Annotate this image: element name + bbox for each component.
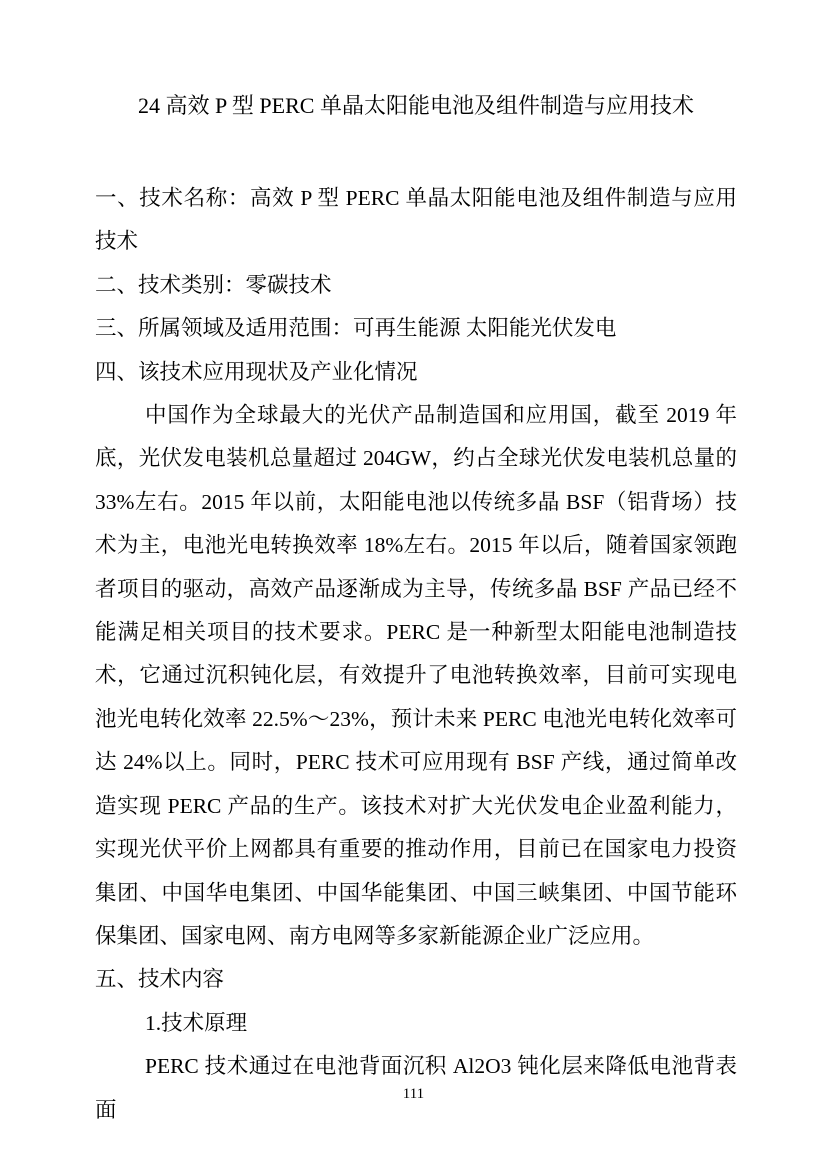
paragraph-application-status: 中国作为全球最大的光伏产品制造国和应用国，截至 2019 年底，光伏发电装机总量… xyxy=(95,394,737,958)
section-item-status-heading: 四、该技术应用现状及产业化情况 xyxy=(95,351,737,394)
section-item-technology-category: 二、技术类别：零碳技术 xyxy=(95,264,737,307)
document-page: 24 高效 P 型 PERC 单晶太阳能电池及组件制造与应用技术 一、技术名称：… xyxy=(0,0,827,1169)
section-item-technology-name: 一、技术名称：高效 P 型 PERC 单晶太阳能电池及组件制造与应用技术 xyxy=(95,177,737,264)
subsection-heading-principle: 1.技术原理 xyxy=(95,1002,737,1045)
document-content: 24 高效 P 型 PERC 单晶太阳能电池及组件制造与应用技术 一、技术名称：… xyxy=(95,84,737,1132)
section-item-field-and-scope: 三、所属领域及适用范围：可再生能源 太阳能光伏发电 xyxy=(95,307,737,350)
document-body: 一、技术名称：高效 P 型 PERC 单晶太阳能电池及组件制造与应用技术 二、技… xyxy=(95,177,737,1132)
section-item-content-heading: 五、技术内容 xyxy=(95,958,737,1001)
document-title: 24 高效 P 型 PERC 单晶太阳能电池及组件制造与应用技术 xyxy=(95,84,737,128)
page-number: 111 xyxy=(0,1084,827,1104)
